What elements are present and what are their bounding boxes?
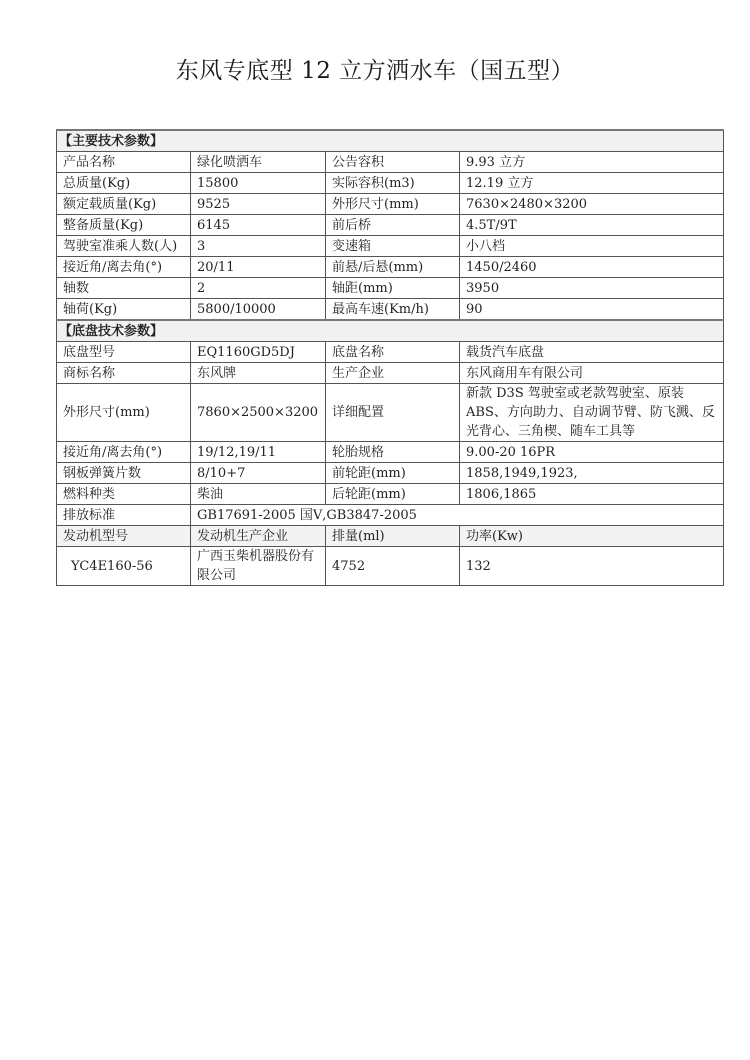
table-row: 接近角/离去角(°) 20/11 前悬/后悬(mm) 1450/2460 [57, 257, 724, 278]
param-value: 东风牌 [191, 363, 326, 384]
table-row: 轴荷(Kg) 5800/10000 最高车速(Km/h) 90 [57, 299, 724, 321]
param-label: 产品名称 [57, 152, 191, 173]
param-label: 实际容积(m3) [326, 173, 460, 194]
param-label: 前轮距(mm) [326, 463, 460, 484]
param-value: 20/11 [191, 257, 326, 278]
param-label: 商标名称 [57, 363, 191, 384]
table-row: 轴数 2 轴距(mm) 3950 [57, 278, 724, 299]
param-label: 外形尺寸(mm) [326, 194, 460, 215]
param-label: 轮胎规格 [326, 442, 460, 463]
param-value: 新款 D3S 驾驶室或老款驾驶室、原装 ABS、方向助力、自动调节臂、防飞溅、反… [460, 384, 724, 442]
param-value: 柴油 [191, 484, 326, 505]
param-value: 6145 [191, 215, 326, 236]
param-value: 1858,1949,1923, [460, 463, 724, 484]
param-value: EQ1160GD5DJ [191, 342, 326, 363]
param-value: 4.5T/9T [460, 215, 724, 236]
param-value: 1450/2460 [460, 257, 724, 278]
engine-manufacturer: 广西玉柴机器股份有限公司 [191, 547, 326, 586]
param-label: 详细配置 [326, 384, 460, 442]
param-value: 7630×2480×3200 [460, 194, 724, 215]
spec-table: 【主要技术参数】 产品名称 绿化喷洒车 公告容积 9.93 立方 总质量(Kg)… [56, 129, 724, 586]
param-label: 前悬/后悬(mm) [326, 257, 460, 278]
param-label: 总质量(Kg) [57, 173, 191, 194]
param-value: 2 [191, 278, 326, 299]
table-row: 总质量(Kg) 15800 实际容积(m3) 12.19 立方 [57, 173, 724, 194]
table-row: 钢板弹簧片数 8/10+7 前轮距(mm) 1858,1949,1923, [57, 463, 724, 484]
param-value: 7860×2500×3200 [191, 384, 326, 442]
param-value: 小八档 [460, 236, 724, 257]
param-label: 底盘型号 [57, 342, 191, 363]
param-label: 整备质量(Kg) [57, 215, 191, 236]
param-label: 接近角/离去角(°) [57, 257, 191, 278]
column-header: 发动机型号 [57, 526, 191, 547]
param-label: 燃料种类 [57, 484, 191, 505]
param-label: 变速箱 [326, 236, 460, 257]
engine-displacement: 4752 [326, 547, 460, 586]
table-row: 商标名称 东风牌 生产企业 东风商用车有限公司 [57, 363, 724, 384]
param-label: 底盘名称 [326, 342, 460, 363]
param-value: GB17691-2005 国Ⅴ,GB3847-2005 [191, 505, 724, 526]
param-label: 驾驶室准乘人数(人) [57, 236, 191, 257]
param-value: 东风商用车有限公司 [460, 363, 724, 384]
table-row: 燃料种类 柴油 后轮距(mm) 1806,1865 [57, 484, 724, 505]
engine-power: 132 [460, 547, 724, 586]
table-row: 整备质量(Kg) 6145 前后桥 4.5T/9T [57, 215, 724, 236]
param-value: 90 [460, 299, 724, 321]
param-value: 载货汽车底盘 [460, 342, 724, 363]
param-value: 9.00-20 16PR [460, 442, 724, 463]
param-value: 1806,1865 [460, 484, 724, 505]
param-label: 轴荷(Kg) [57, 299, 191, 321]
param-value: 8/10+7 [191, 463, 326, 484]
param-value: 9.93 立方 [460, 152, 724, 173]
param-label: 公告容积 [326, 152, 460, 173]
param-label: 钢板弹簧片数 [57, 463, 191, 484]
param-label: 后轮距(mm) [326, 484, 460, 505]
param-label: 接近角/离去角(°) [57, 442, 191, 463]
table-row: 驾驶室准乘人数(人) 3 变速箱 小八档 [57, 236, 724, 257]
engine-value-row: YC4E160-56 广西玉柴机器股份有限公司 4752 132 [57, 547, 724, 586]
column-header: 功率(Kw) [460, 526, 724, 547]
table-row: 额定载质量(Kg) 9525 外形尺寸(mm) 7630×2480×3200 [57, 194, 724, 215]
param-value: 5800/10000 [191, 299, 326, 321]
param-label: 轴距(mm) [326, 278, 460, 299]
param-label: 生产企业 [326, 363, 460, 384]
param-value: 15800 [191, 173, 326, 194]
param-label: 额定载质量(Kg) [57, 194, 191, 215]
section-header-chassis: 【底盘技术参数】 [57, 320, 724, 342]
param-label: 轴数 [57, 278, 191, 299]
document-title: 东风专底型 12 立方洒水车（国五型） [0, 52, 750, 85]
column-header: 排量(ml) [326, 526, 460, 547]
column-header: 发动机生产企业 [191, 526, 326, 547]
param-label: 外形尺寸(mm) [57, 384, 191, 442]
emission-row: 排放标准 GB17691-2005 国Ⅴ,GB3847-2005 [57, 505, 724, 526]
param-label: 排放标准 [57, 505, 191, 526]
table-row: 外形尺寸(mm) 7860×2500×3200 详细配置 新款 D3S 驾驶室或… [57, 384, 724, 442]
param-label: 最高车速(Km/h) [326, 299, 460, 321]
table-row: 接近角/离去角(°) 19/12,19/11 轮胎规格 9.00-20 16PR [57, 442, 724, 463]
param-value: 9525 [191, 194, 326, 215]
param-value: 3950 [460, 278, 724, 299]
param-value: 绿化喷洒车 [191, 152, 326, 173]
section-title: 【底盘技术参数】 [57, 320, 724, 342]
engine-header-row: 发动机型号 发动机生产企业 排量(ml) 功率(Kw) [57, 526, 724, 547]
param-value: 19/12,19/11 [191, 442, 326, 463]
table-row: 底盘型号 EQ1160GD5DJ 底盘名称 载货汽车底盘 [57, 342, 724, 363]
section-header-main: 【主要技术参数】 [57, 130, 724, 152]
param-value: 12.19 立方 [460, 173, 724, 194]
table-row: 产品名称 绿化喷洒车 公告容积 9.93 立方 [57, 152, 724, 173]
param-label: 前后桥 [326, 215, 460, 236]
param-value: 3 [191, 236, 326, 257]
engine-model: YC4E160-56 [57, 547, 191, 586]
section-title: 【主要技术参数】 [57, 130, 724, 152]
